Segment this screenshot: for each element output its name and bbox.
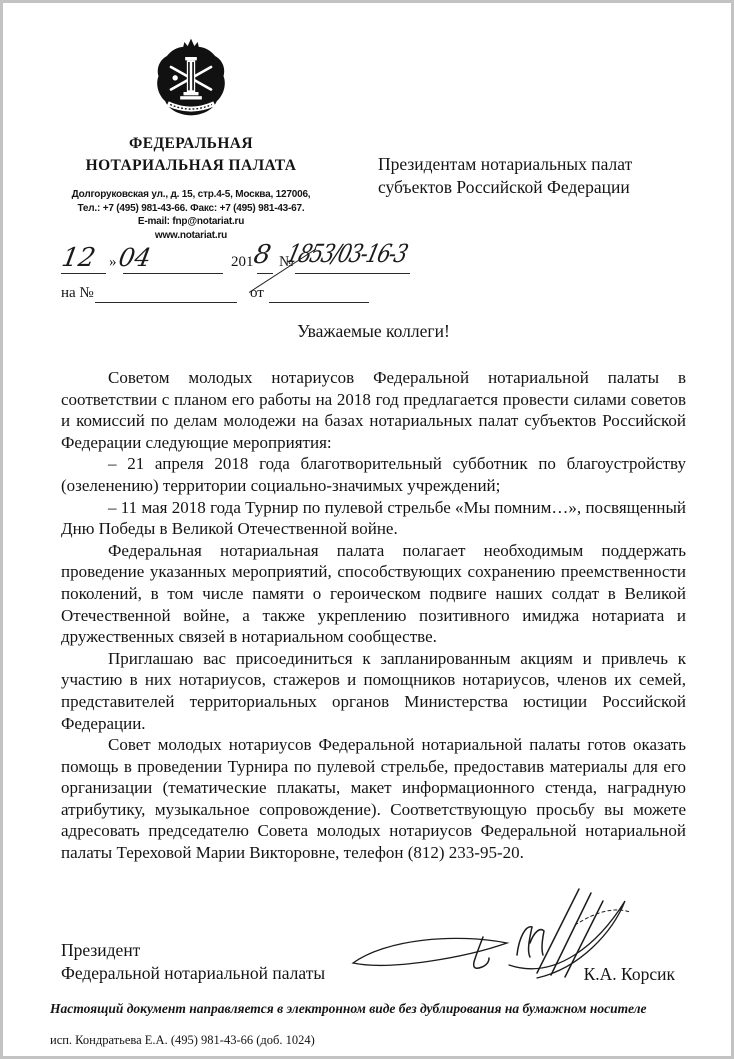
notarial-chamber-emblem-icon <box>149 37 233 127</box>
paragraph-assistance: Совет молодых нотариусов Федеральной нот… <box>61 734 686 864</box>
handwritten-day: 12 <box>59 243 97 273</box>
month-underline <box>123 273 223 274</box>
org-address: Долгоруковская ул., д. 15, стр.4-5, Моск… <box>47 188 335 242</box>
org-name-line2: НОТАРИАЛЬНАЯ ПАЛАТА <box>47 155 335 177</box>
reply-from-label: от <box>250 285 264 302</box>
address-line2: Тел.: +7 (495) 981-43-66. Факс: +7 (495)… <box>47 202 335 216</box>
letter-body: Советом молодых нотариусов Федеральной н… <box>61 367 686 864</box>
signer-title-line2: Федеральной нотариальной палаты <box>61 962 325 985</box>
handwritten-number: 1853/03-16-3 <box>284 239 410 268</box>
handwritten-month: 04 <box>116 243 153 272</box>
paragraph-event-subbotnik: – 21 апреля 2018 года благотворительный … <box>61 453 686 496</box>
year-underline <box>257 273 273 274</box>
signer-title-line1: Президент <box>61 939 325 962</box>
electronic-delivery-notice: Настоящий документ направляется в электр… <box>50 1001 700 1017</box>
letter-page: ФЕДЕРАЛЬНАЯ НОТАРИАЛЬНАЯ ПАЛАТА Долгорук… <box>0 0 734 1059</box>
day-underline <box>61 273 106 274</box>
paragraph-invitation: Приглашаю вас присоединиться к запланиро… <box>61 648 686 734</box>
letterhead: ФЕДЕРАЛЬНАЯ НОТАРИАЛЬНАЯ ПАЛАТА Долгорук… <box>47 37 335 242</box>
paragraph-event-tournament: – 11 мая 2018 года Турнир по пулевой стр… <box>61 497 686 540</box>
reply-number-underline <box>95 302 237 303</box>
address-line1: Долгоруковская ул., д. 15, стр.4-5, Моск… <box>47 188 335 202</box>
org-name-line1: ФЕДЕРАЛЬНАЯ <box>47 133 335 155</box>
reply-date-underline <box>269 302 369 303</box>
paragraph-support: Федеральная нотариальная палата полагает… <box>61 540 686 648</box>
year-printed: 201 <box>231 254 254 271</box>
org-name: ФЕДЕРАЛЬНАЯ НОТАРИАЛЬНАЯ ПАЛАТА <box>47 133 335 177</box>
address-email: E-mail: fnp@notariat.ru <box>47 215 335 229</box>
signer-title: Президент Федеральной нотариальной палат… <box>61 939 325 985</box>
paragraph-intro: Советом молодых нотариусов Федеральной н… <box>61 367 686 453</box>
salutation: Уважаемые коллеги! <box>61 321 686 342</box>
reply-line: на № от <box>61 284 401 306</box>
reply-prefix: на № <box>61 285 94 302</box>
closing-quote: » <box>109 254 117 271</box>
recipient-line1: Президентам нотариальных палат <box>378 153 632 176</box>
number-underline <box>295 273 410 274</box>
recipient-line2: субъектов Российской Федерации <box>378 176 632 199</box>
executor-contact: исп. Кондратьева Е.А. (495) 981-43-66 (д… <box>50 1033 315 1048</box>
recipient-block: Президентам нотариальных палат субъектов… <box>378 153 632 198</box>
signer-name: К.А. Корсик <box>584 964 675 985</box>
